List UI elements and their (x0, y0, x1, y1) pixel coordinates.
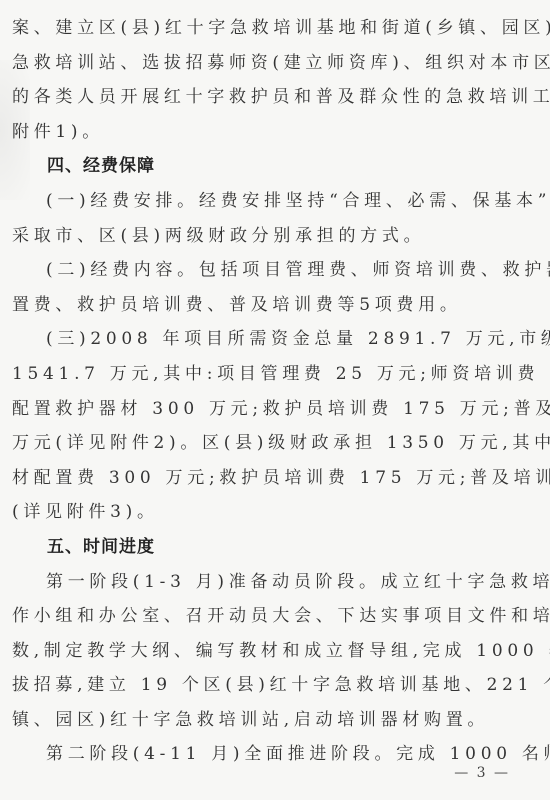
text-line: 配置救护器材 300 万元;救护员培训费 175 万元;普及培训费 875 (12, 392, 532, 427)
text-line: 镇、园区)红十字急救培训站,启动培训器材购置。 (12, 703, 532, 738)
text-line: (二)经费内容。包括项目管理费、师资培训费、救护器材配 (12, 253, 532, 288)
text-line: 材配置费 300 万元;救护员培训费 175 万元;普及培训费 875 万元 (12, 461, 532, 496)
text-line: (一)经费安排。经费安排坚持“合理、必需、保基本”的原则, (12, 184, 532, 219)
text-line: 作小组和办公室、召开动员大会、下达实事项目文件和培训分配 (12, 599, 532, 634)
text-line: 数,制定教学大纲、编写教材和成立督导组,完成 1000 名师资的选 (12, 634, 532, 669)
paragraph-phase-one: 第一阶段(1-3 月)准备动员阶段。成立红十字急救培训工 作小组和办公室、召开动… (12, 565, 532, 738)
text-line: 采取市、区(县)两级财政分别承担的方式。 (12, 219, 532, 254)
text-line: 的各类人员开展红十字救护员和普及群众性的急救培训工作(见 (12, 80, 532, 115)
page-number: — 3 — (454, 765, 510, 781)
text-line: 万元(详见附件2)。区(县)级财政承担 1350 万元,其中:救护器 (12, 426, 532, 461)
text-line: (三)2008 年项目所需资金总量 2891.7 万元,市级财政承担 (12, 322, 532, 357)
text-line: 1541.7 万元,其中:项目管理费 25 万元;师资培训费 166.7 万元; (12, 357, 532, 392)
section-heading-funding: 四、经费保障 (12, 149, 532, 184)
text-line: 置费、救护员培训费、普及培训费等5项费用。 (12, 288, 532, 323)
text-line: (详见附件3)。 (12, 495, 532, 530)
text-line: 急救培训站、选拔招募师资(建立师资库)、组织对本市区(县)内 (12, 46, 532, 81)
text-line: 附件1)。 (12, 115, 532, 150)
section-heading-schedule: 五、时间进度 (12, 530, 532, 565)
paragraph-funding-content: (二)经费内容。包括项目管理费、师资培训费、救护器材配 置费、救护员培训费、普及… (12, 253, 532, 322)
text-line: 案、建立区(县)红十字急救培训基地和街道(乡镇、园区)红十字 (12, 11, 532, 46)
text-line: 第一阶段(1-3 月)准备动员阶段。成立红十字急救培训工 (12, 565, 532, 600)
text-line: 拔招募,建立 19 个区(县)红十字急救培训基地、221 个街道(乡 (12, 668, 532, 703)
document-page: 案、建立区(县)红十字急救培训基地和街道(乡镇、园区)红十字 急救培训站、选拔招… (12, 11, 532, 772)
paragraph-funding-arrangement: (一)经费安排。经费安排坚持“合理、必需、保基本”的原则, 采取市、区(县)两级… (12, 184, 532, 253)
paragraph-funding-amounts: (三)2008 年项目所需资金总量 2891.7 万元,市级财政承担 1541.… (12, 322, 532, 530)
